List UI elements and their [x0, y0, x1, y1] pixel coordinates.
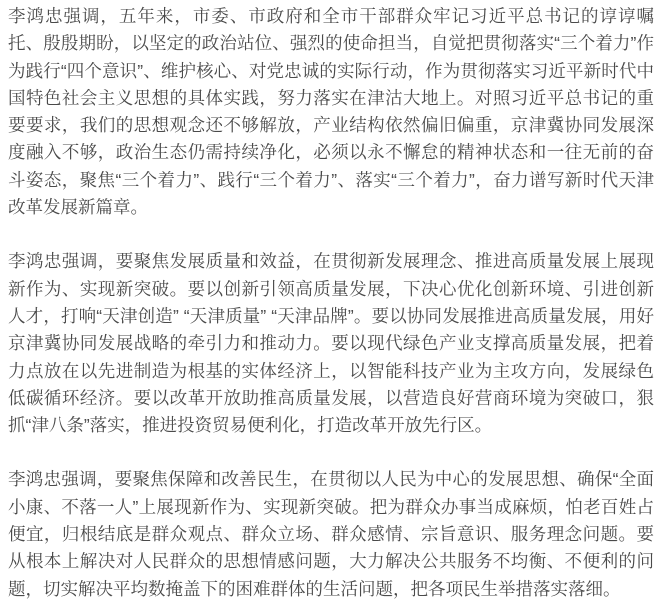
article-paragraph-2: 李鸿忠强调，要聚焦发展质量和效益，在贯彻新发展理念、推进高质量发展上展现新作为、…: [8, 248, 654, 439]
article-paragraph-1: 李鸿忠强调，五年来，市委、市政府和全市干部群众牢记习近平总书记的谆谆嘱托、殷殷期…: [8, 3, 654, 221]
article-body: 李鸿忠强调，五年来，市委、市政府和全市干部群众牢记习近平总书记的谆谆嘱托、殷殷期…: [0, 0, 662, 601]
article-paragraph-3: 李鸿忠强调，要聚焦保障和改善民生，在贯彻以人民为中心的发展思想、确保“全面小康、…: [8, 466, 654, 601]
